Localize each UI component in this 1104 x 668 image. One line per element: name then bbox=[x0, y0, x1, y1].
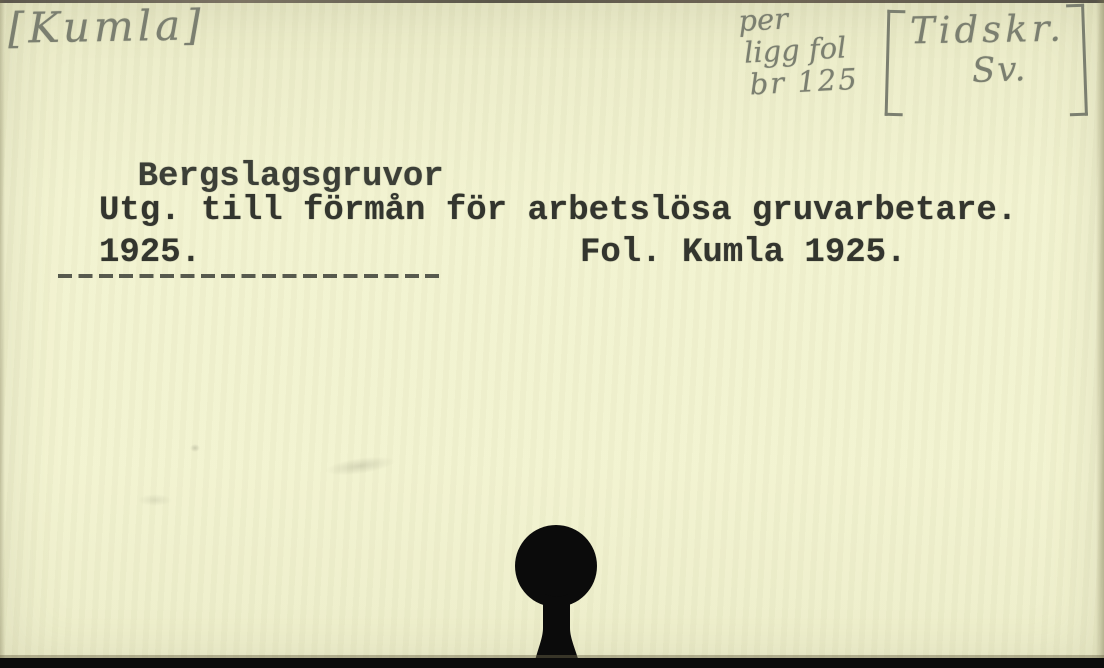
paper-smudge bbox=[190, 444, 200, 452]
scan-edge-left bbox=[0, 0, 5, 668]
card-heading-text: Bergslagsgruvor bbox=[138, 158, 444, 196]
scan-edge-right bbox=[1096, 0, 1104, 668]
card-imprint: Fol. Kumla 1925. bbox=[580, 234, 906, 272]
shelf-note: per ligg fol br 125 bbox=[734, 0, 860, 101]
punch-hole-icon bbox=[507, 524, 607, 668]
shelf-note-line: br 125 bbox=[749, 63, 860, 101]
catalog-card: [Kumla] per ligg fol br 125 Tidskr. Sv. … bbox=[0, 0, 1104, 668]
paper-smudge bbox=[324, 453, 396, 479]
category-annotation: Tidskr. Sv. bbox=[884, 2, 1090, 120]
place-annotation: [Kumla] bbox=[8, 0, 205, 52]
bracket-right-icon bbox=[1066, 4, 1088, 117]
paper-smudge bbox=[138, 494, 172, 506]
scan-edge-bottom bbox=[0, 658, 1104, 668]
card-statement: Utg. till förmån för arbetslösa gruvarbe… bbox=[99, 192, 1017, 230]
card-year: 1925. bbox=[99, 234, 201, 272]
category-line: Tidskr. bbox=[910, 7, 1066, 53]
bracket-left-icon bbox=[885, 10, 906, 116]
heading-underline bbox=[58, 274, 442, 278]
category-line: Sv. bbox=[971, 49, 1028, 91]
